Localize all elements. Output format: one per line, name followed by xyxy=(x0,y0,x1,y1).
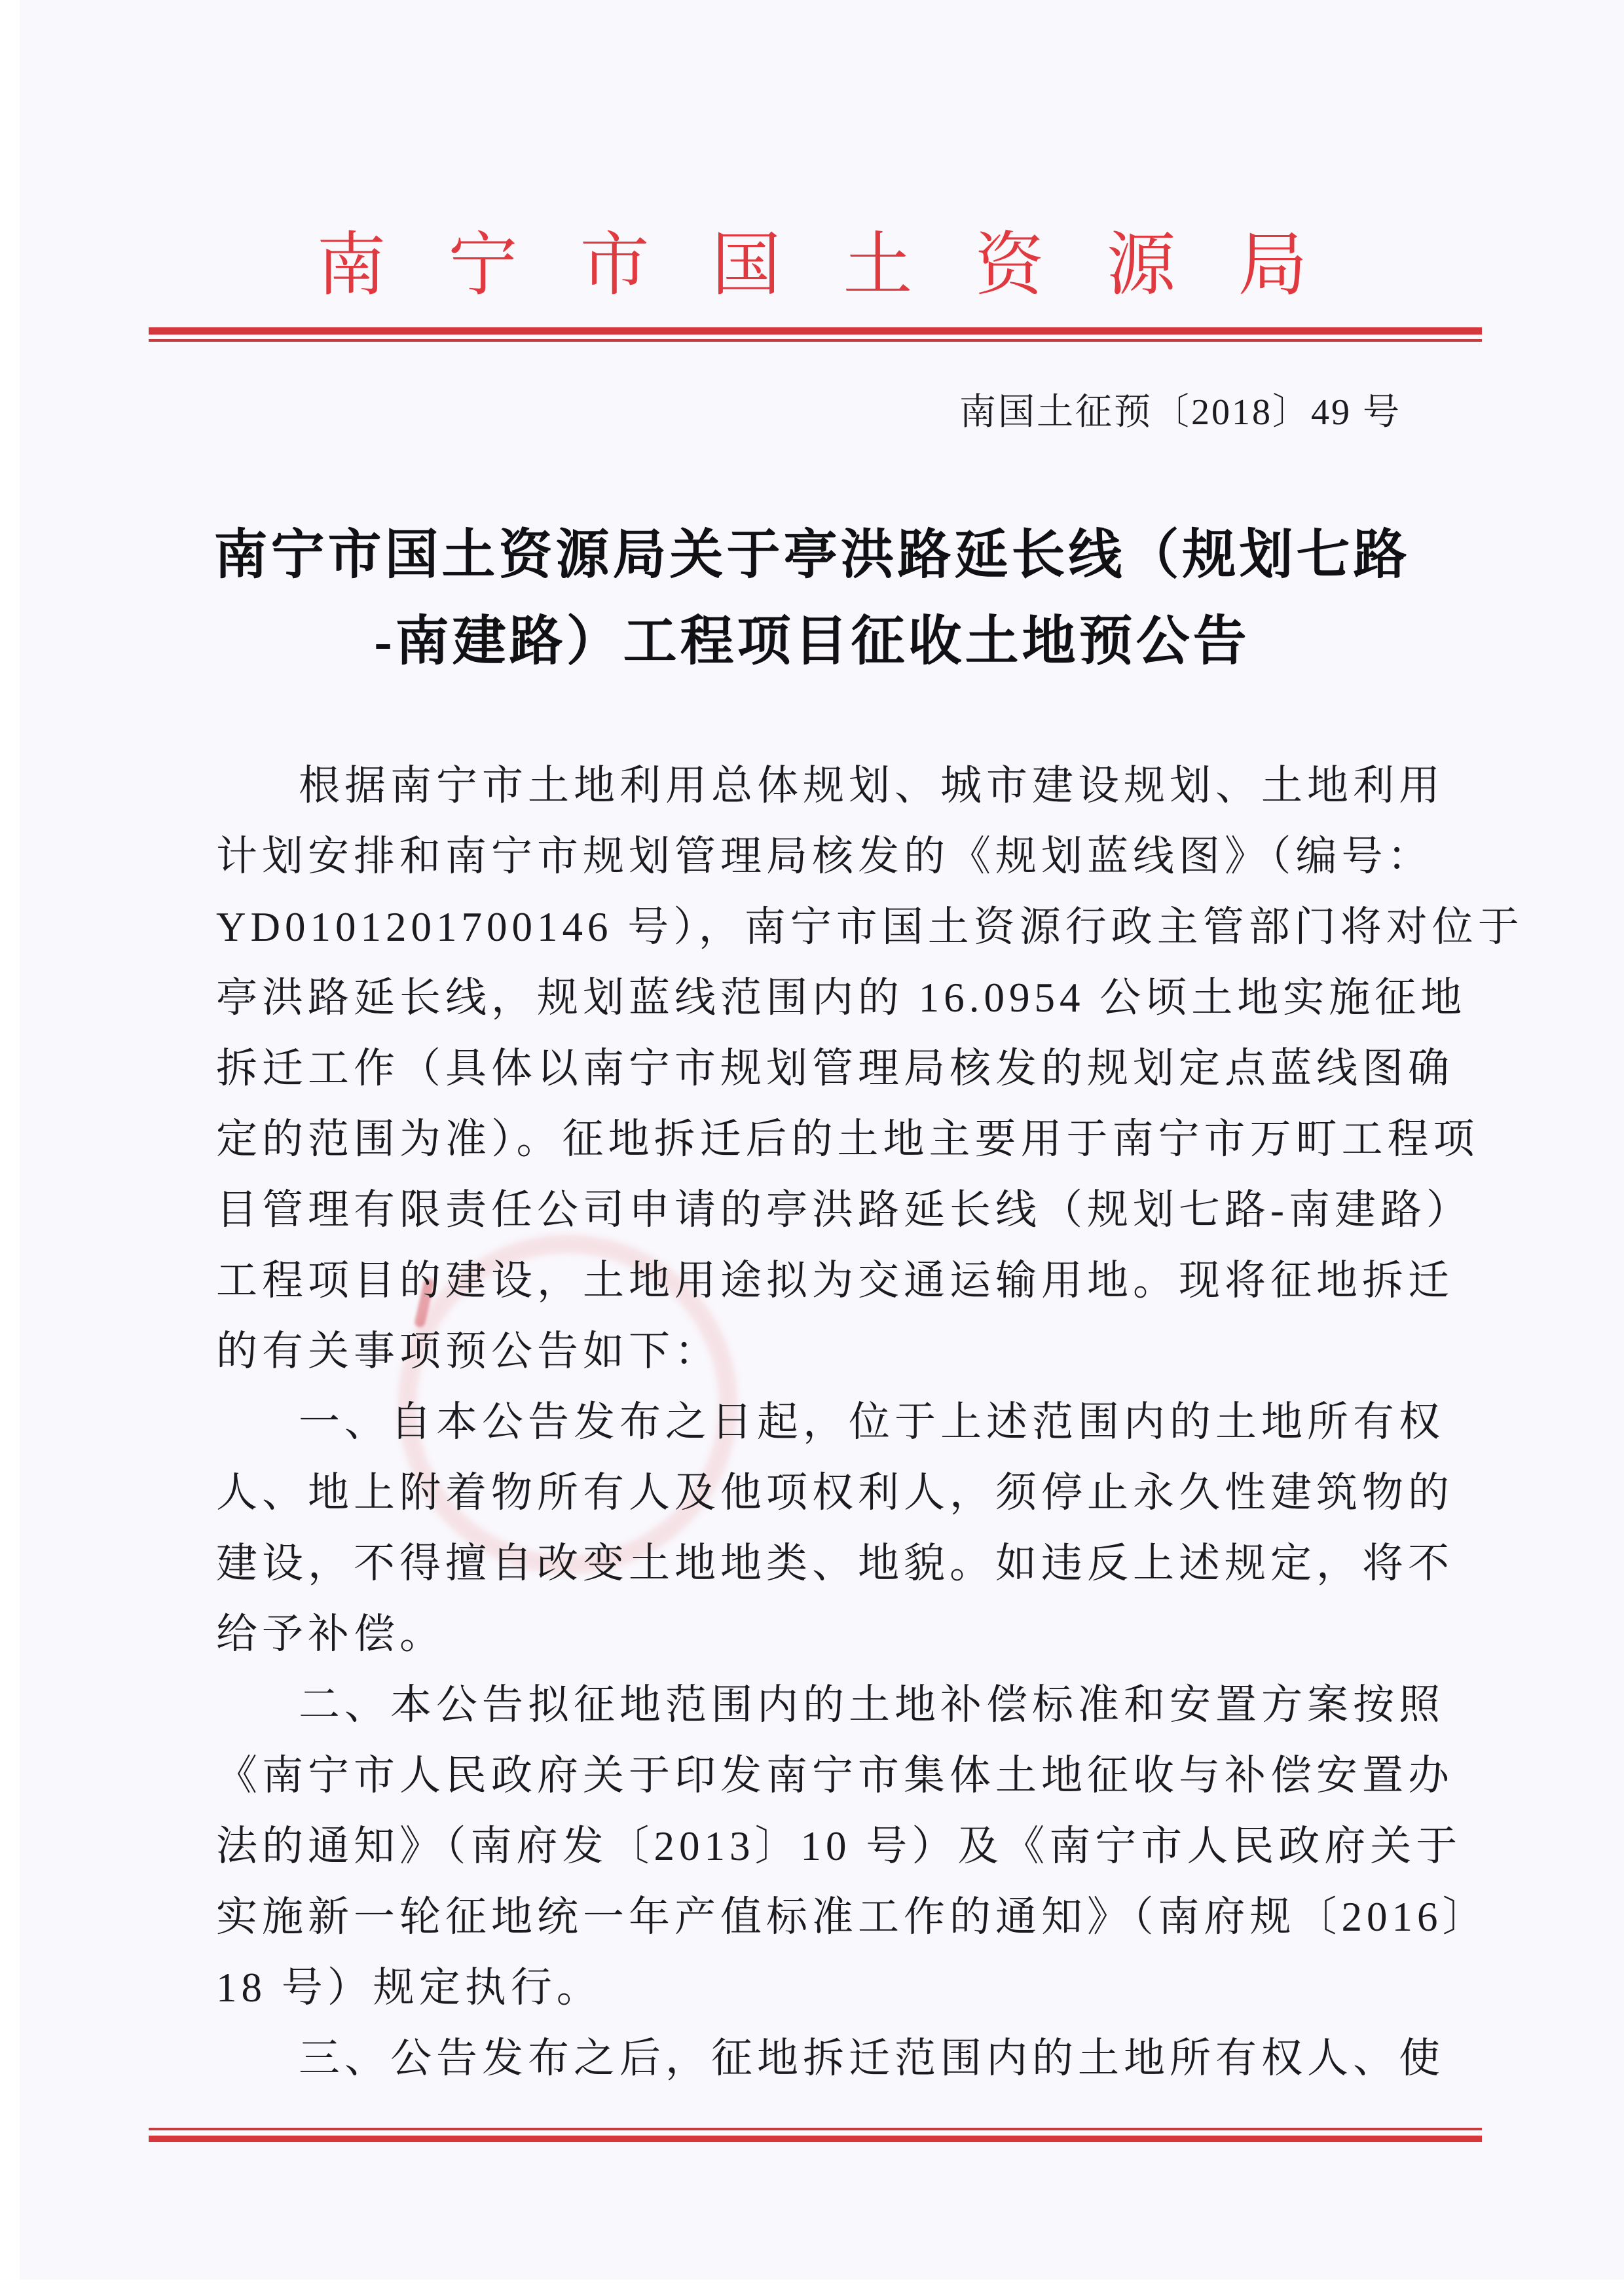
document-title-line1: 南宁市国土资源局关于亭洪路延长线（规划七路 xyxy=(0,512,1624,598)
document-title: 南宁市国土资源局关于亭洪路延长线（规划七路 -南建路）工程项目征收土地预公告 xyxy=(0,512,1624,685)
scanned-official-document: 南宁市国土资源局 南国土征预〔2018〕49 号 南宁市国土资源局关于亭洪路延长… xyxy=(0,0,1624,2296)
body-line: 人、地上附着物所有人及他项权利人，须停止永久性建筑物的 xyxy=(216,1457,1408,1528)
header-rule-thin xyxy=(149,339,1482,342)
body-line: 目管理有限责任公司申请的亭洪路延长线（规划七路-南建路） xyxy=(216,1175,1408,1245)
body-line: 亭洪路延长线，规划蓝线范围内的 16.0954 公顷土地实施征地 xyxy=(216,962,1408,1033)
body-line: 根据南宁市土地利用总体规划、城市建设规划、土地利用 xyxy=(216,750,1408,821)
body-line: 二、本公告拟征地范围内的土地补偿标准和安置方案按照 xyxy=(216,1669,1408,1740)
body-line: 计划安排和南宁市规划管理局核发的《规划蓝线图》（编号： xyxy=(216,821,1408,892)
header-rule-thick xyxy=(149,327,1482,335)
body-line: 三、公告发布之后，征地拆迁范围内的土地所有权人、使 xyxy=(216,2023,1408,2094)
body-line: 建设，不得擅自改变土地地类、地貌。如违反上述规定，将不 xyxy=(216,1528,1408,1599)
body-line: YD0101201700146 号），南宁市国土资源行政主管部门将对位于 xyxy=(216,892,1408,962)
body-line: 《南宁市人民政府关于印发南宁市集体土地征收与补偿安置办 xyxy=(216,1740,1408,1811)
body-line: 法的通知》（南府发〔2013〕10 号）及《南宁市人民政府关于 xyxy=(216,1811,1408,1882)
body-line: 18 号）规定执行。 xyxy=(216,1952,1408,2023)
body-line: 给予补偿。 xyxy=(216,1599,1408,1669)
body-text: 根据南宁市土地利用总体规划、城市建设规划、土地利用 计划安排和南宁市规划管理局核… xyxy=(216,750,1408,2094)
body-line: 实施新一轮征地统一年产值标准工作的通知》（南府规〔2016〕 xyxy=(216,1882,1408,1952)
body-line: 定的范围为准）。征地拆迁后的土地主要用于南宁市万町工程项 xyxy=(216,1104,1408,1175)
body-line: 的有关事项预公告如下： xyxy=(216,1316,1408,1387)
footer-rule-thick xyxy=(149,2136,1482,2142)
document-title-line2: -南建路）工程项目征收土地预公告 xyxy=(0,598,1624,685)
document-reference-number: 南国土征预〔2018〕49 号 xyxy=(959,388,1401,437)
footer-rule-thin xyxy=(149,2128,1482,2130)
agency-masthead: 南宁市国土资源局 xyxy=(0,220,1624,312)
body-line: 一、自本公告发布之日起，位于上述范围内的土地所有权 xyxy=(216,1387,1408,1457)
body-line: 工程项目的建设，土地用途拟为交通运输用地。现将征地拆迁 xyxy=(216,1245,1408,1316)
body-line: 拆迁工作（具体以南宁市规划管理局核发的规划定点蓝线图确 xyxy=(216,1033,1408,1104)
